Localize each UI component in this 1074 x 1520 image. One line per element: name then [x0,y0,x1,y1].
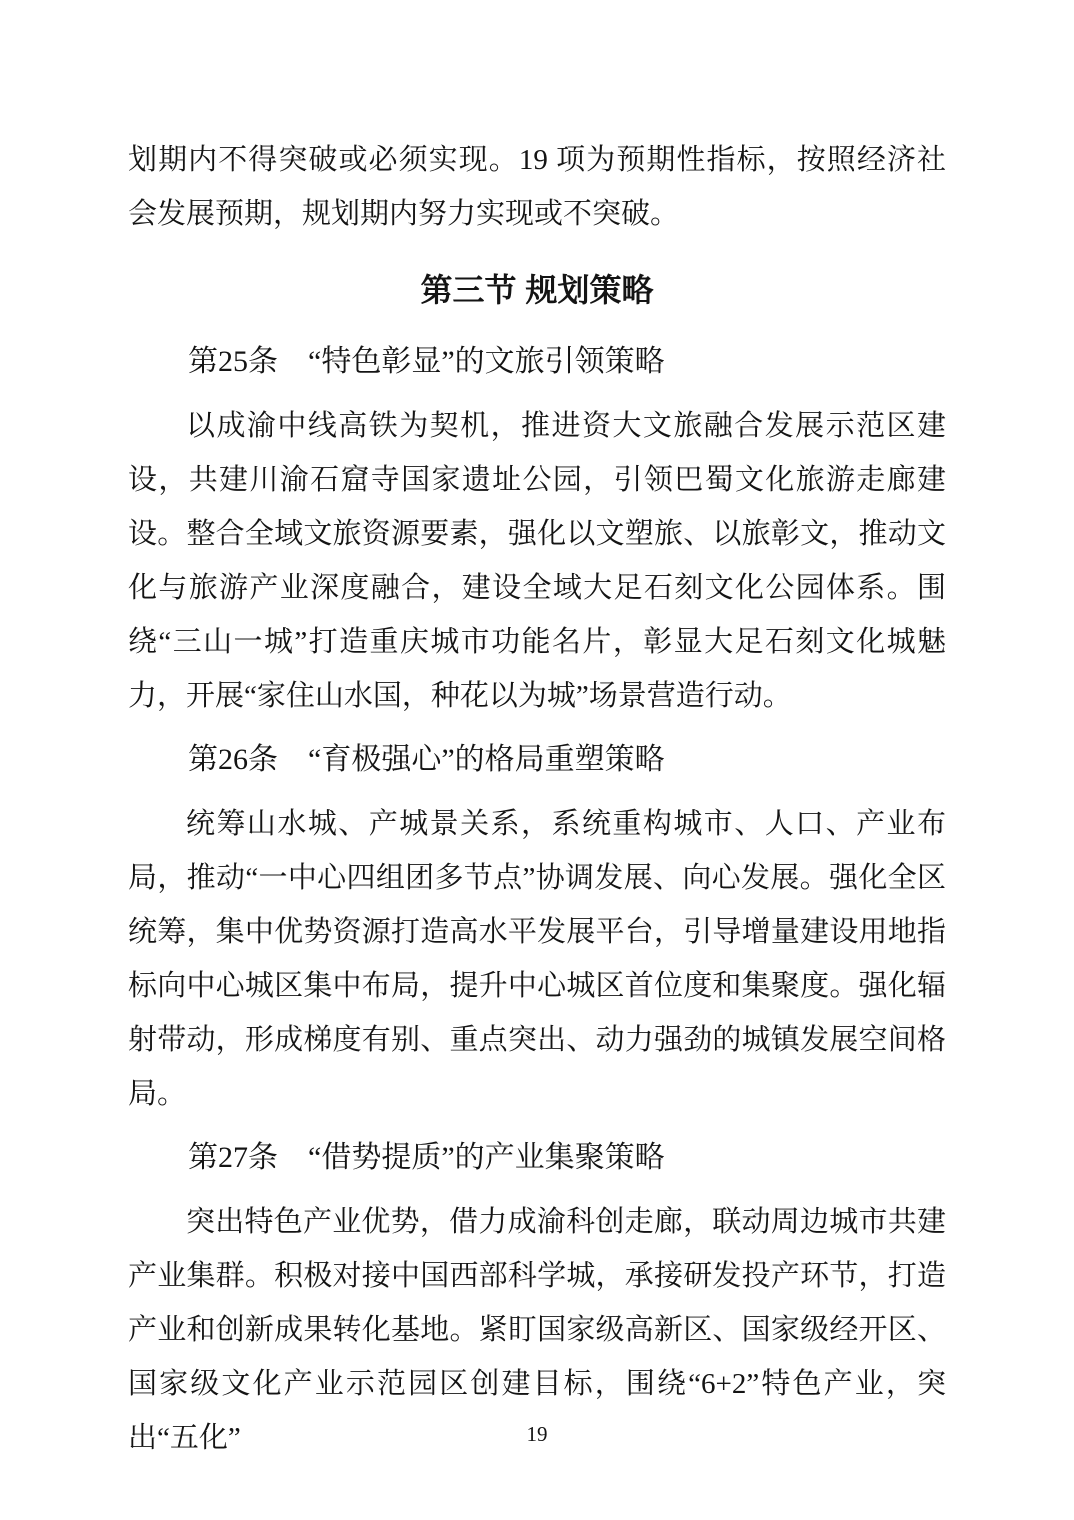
article-25-heading: 第25条 “特色彰显”的文旅引领策略 [128,335,946,389]
page-number: 19 [0,1420,1074,1448]
intro-paragraph: 划期内不得突破或必须实现。19 项为预期性指标，按照经济社会发展预期，规划期内努… [128,133,946,241]
section-heading: 第三节 规划策略 [128,263,946,317]
article-26-heading: 第26条 “育极强心”的格局重塑策略 [128,733,946,787]
article-26-body: 统筹山水城、产城景关系，系统重构城市、人口、产业布局，推动“一中心四组团多节点”… [128,797,946,1121]
article-27-heading: 第27条 “借势提质”的产业集聚策略 [128,1131,946,1185]
article-25-body: 以成渝中线高铁为契机，推进资大文旅融合发展示范区建设，共建川渝石窟寺国家遗址公园… [128,399,946,723]
document-content: 划期内不得突破或必须实现。19 项为预期性指标，按照经济社会发展预期，规划期内努… [128,133,946,1465]
document-page: 划期内不得突破或必须实现。19 项为预期性指标，按照经济社会发展预期，规划期内努… [0,0,1074,1520]
